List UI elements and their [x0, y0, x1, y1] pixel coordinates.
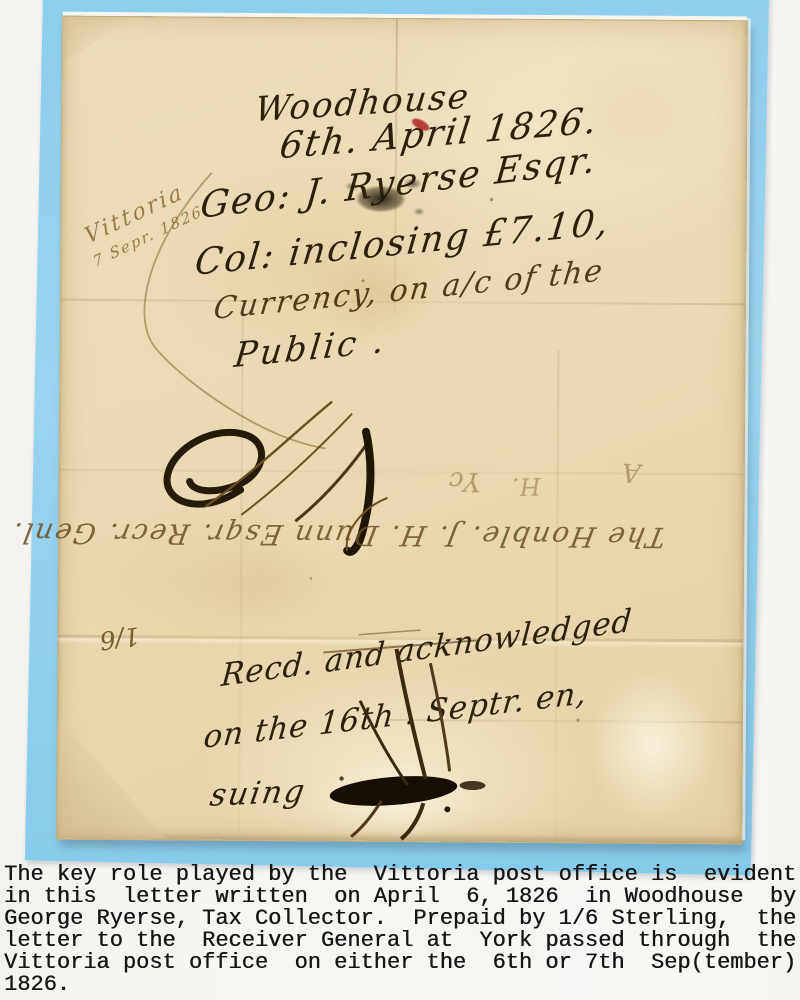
inverted-fragment-2: H.: [512, 472, 541, 501]
ink-speck: [576, 719, 579, 722]
letter-sheet: Woodhouse 6th. April 1826. Vittoria 7 Se…: [56, 16, 748, 845]
rate-marking: 1/6: [98, 621, 142, 655]
flourish-slash-3: [295, 439, 370, 522]
caption-line-3: George Ryerse, Tax Collector. Prepaid by…: [4, 908, 800, 930]
inverted-fragment-3: A: [621, 457, 642, 488]
caption-text: The key role played by the Vittoria post…: [4, 864, 800, 995]
inverted-address: The Honble. J. H. Dunn Esqr. Recr. Genl.: [62, 517, 668, 554]
ink-speck: [490, 198, 493, 201]
caption-line-4: letter to the Receiver General at York p…: [4, 930, 800, 952]
docket-line-3: suing: [207, 773, 309, 814]
caption-line-1: The key role played by the Vittoria post…: [4, 864, 800, 886]
caption-line-2: in this letter written on April 6, 1826 …: [4, 886, 800, 908]
caption-line-5: Vittoria post office on either the 6th o…: [4, 952, 800, 974]
flourish-oval-loop: [167, 432, 262, 505]
scan-background: Woodhouse 6th. April 1826. Vittoria 7 Se…: [0, 0, 800, 1000]
caption-line-6: 1826.: [4, 974, 800, 996]
ink-speck: [310, 577, 313, 580]
inverted-fragment-1: Yc: [448, 465, 481, 496]
